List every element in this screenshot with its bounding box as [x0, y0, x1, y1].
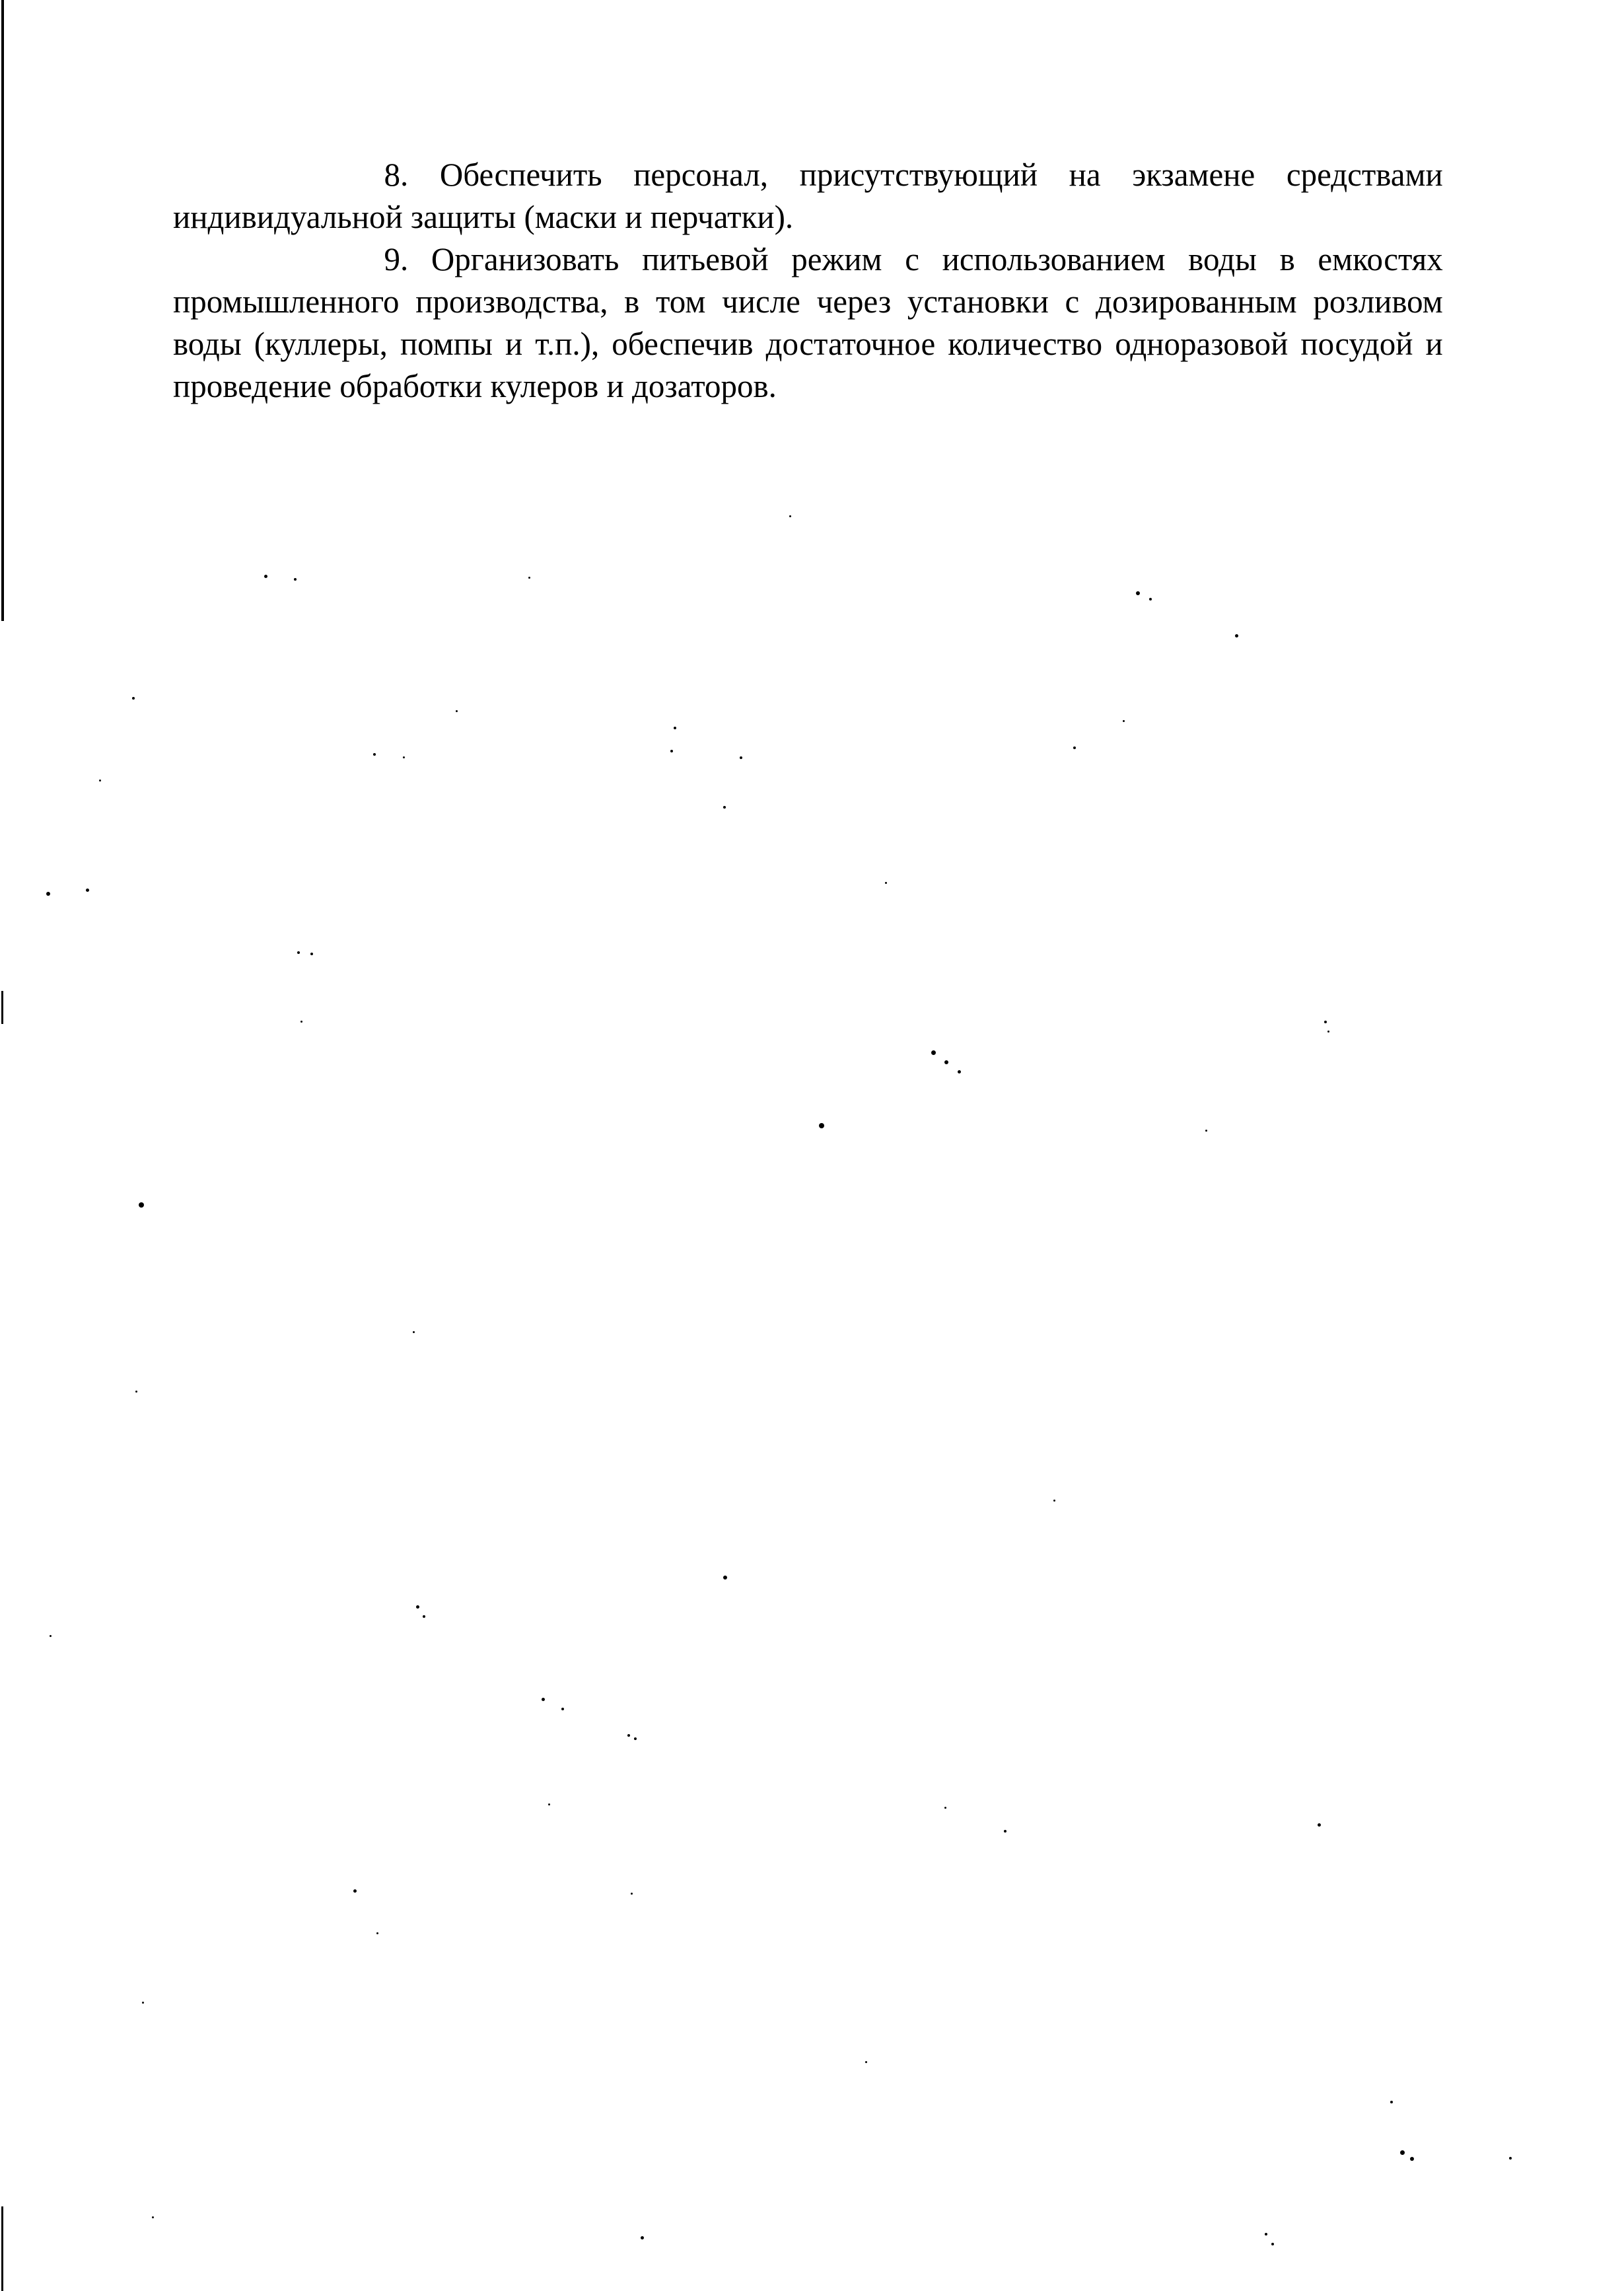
numbered-paragraph: 9. Организовать питьевой режим с использ…	[173, 238, 1443, 407]
scan-speck	[1235, 634, 1238, 637]
scan-speck	[99, 780, 101, 782]
scan-speck	[634, 1737, 637, 1740]
numbered-paragraph: 8. Обеспечить персонал, присутствующий н…	[173, 153, 1443, 238]
scan-speck	[931, 1050, 936, 1055]
scan-speck	[1053, 1500, 1055, 1502]
scan-speck	[152, 2216, 154, 2218]
scan-speck	[944, 1807, 946, 1809]
scan-border-line	[1, 2206, 3, 2291]
scan-speck	[944, 1060, 948, 1064]
scan-speck	[423, 1615, 425, 1618]
scan-speck	[548, 1803, 550, 1805]
scan-speck	[1271, 2243, 1274, 2245]
scan-speck	[132, 697, 135, 700]
scan-speck	[1327, 1031, 1329, 1033]
scan-speck	[1205, 1130, 1207, 1132]
scan-speck	[1136, 591, 1140, 595]
scan-speck	[885, 882, 887, 884]
scan-speck	[631, 1893, 633, 1895]
scan-speck	[353, 1889, 357, 1893]
scan-speck	[413, 1331, 415, 1333]
scan-speck	[373, 753, 376, 756]
scan-speck	[1390, 2101, 1393, 2103]
scan-speck	[142, 2002, 144, 2004]
scan-speck	[297, 951, 300, 954]
scan-border-line	[1, 991, 3, 1024]
scan-speck	[561, 1708, 564, 1710]
scan-speck	[674, 727, 676, 729]
scan-speck	[416, 1605, 419, 1609]
scan-speck	[1410, 2157, 1414, 2161]
paragraph-number: 8.	[279, 153, 408, 196]
scan-speck	[819, 1123, 824, 1128]
scan-speck	[46, 892, 50, 896]
scan-speck	[294, 578, 297, 581]
scan-speck	[264, 575, 267, 578]
scan-speck	[300, 1021, 302, 1023]
scan-speck	[789, 515, 791, 517]
scan-speck	[50, 1635, 52, 1637]
document-body: 8. Обеспечить персонал, присутствующий н…	[173, 153, 1469, 407]
scan-speck	[1509, 2157, 1512, 2160]
scan-border-line	[1, 0, 4, 621]
scan-speck	[723, 1576, 727, 1580]
scan-speck	[139, 1202, 144, 1208]
scan-speck	[1123, 720, 1125, 722]
scan-speck	[1073, 746, 1076, 749]
scan-speck	[958, 1070, 961, 1073]
scan-speck	[403, 756, 405, 758]
scan-speck	[627, 1734, 630, 1737]
scan-speck	[1324, 1021, 1327, 1023]
scan-speck	[670, 750, 673, 752]
scan-speck	[376, 1932, 378, 1934]
scan-speck	[723, 806, 726, 809]
scan-speck	[528, 577, 530, 579]
scan-speck	[740, 756, 742, 759]
scan-speck	[865, 2061, 867, 2063]
scan-speck	[310, 953, 313, 955]
scan-speck	[135, 1391, 137, 1393]
scan-speck	[1318, 1823, 1321, 1827]
paragraph-number: 9.	[279, 238, 408, 280]
scan-speck	[1004, 1830, 1006, 1833]
scan-speck	[86, 889, 89, 892]
scan-speck	[1400, 2150, 1405, 2155]
scan-speck	[456, 710, 458, 712]
scan-speck	[542, 1698, 545, 1701]
scan-speck	[641, 2236, 644, 2239]
scan-speck	[1265, 2233, 1267, 2236]
scan-speck	[1149, 598, 1152, 600]
